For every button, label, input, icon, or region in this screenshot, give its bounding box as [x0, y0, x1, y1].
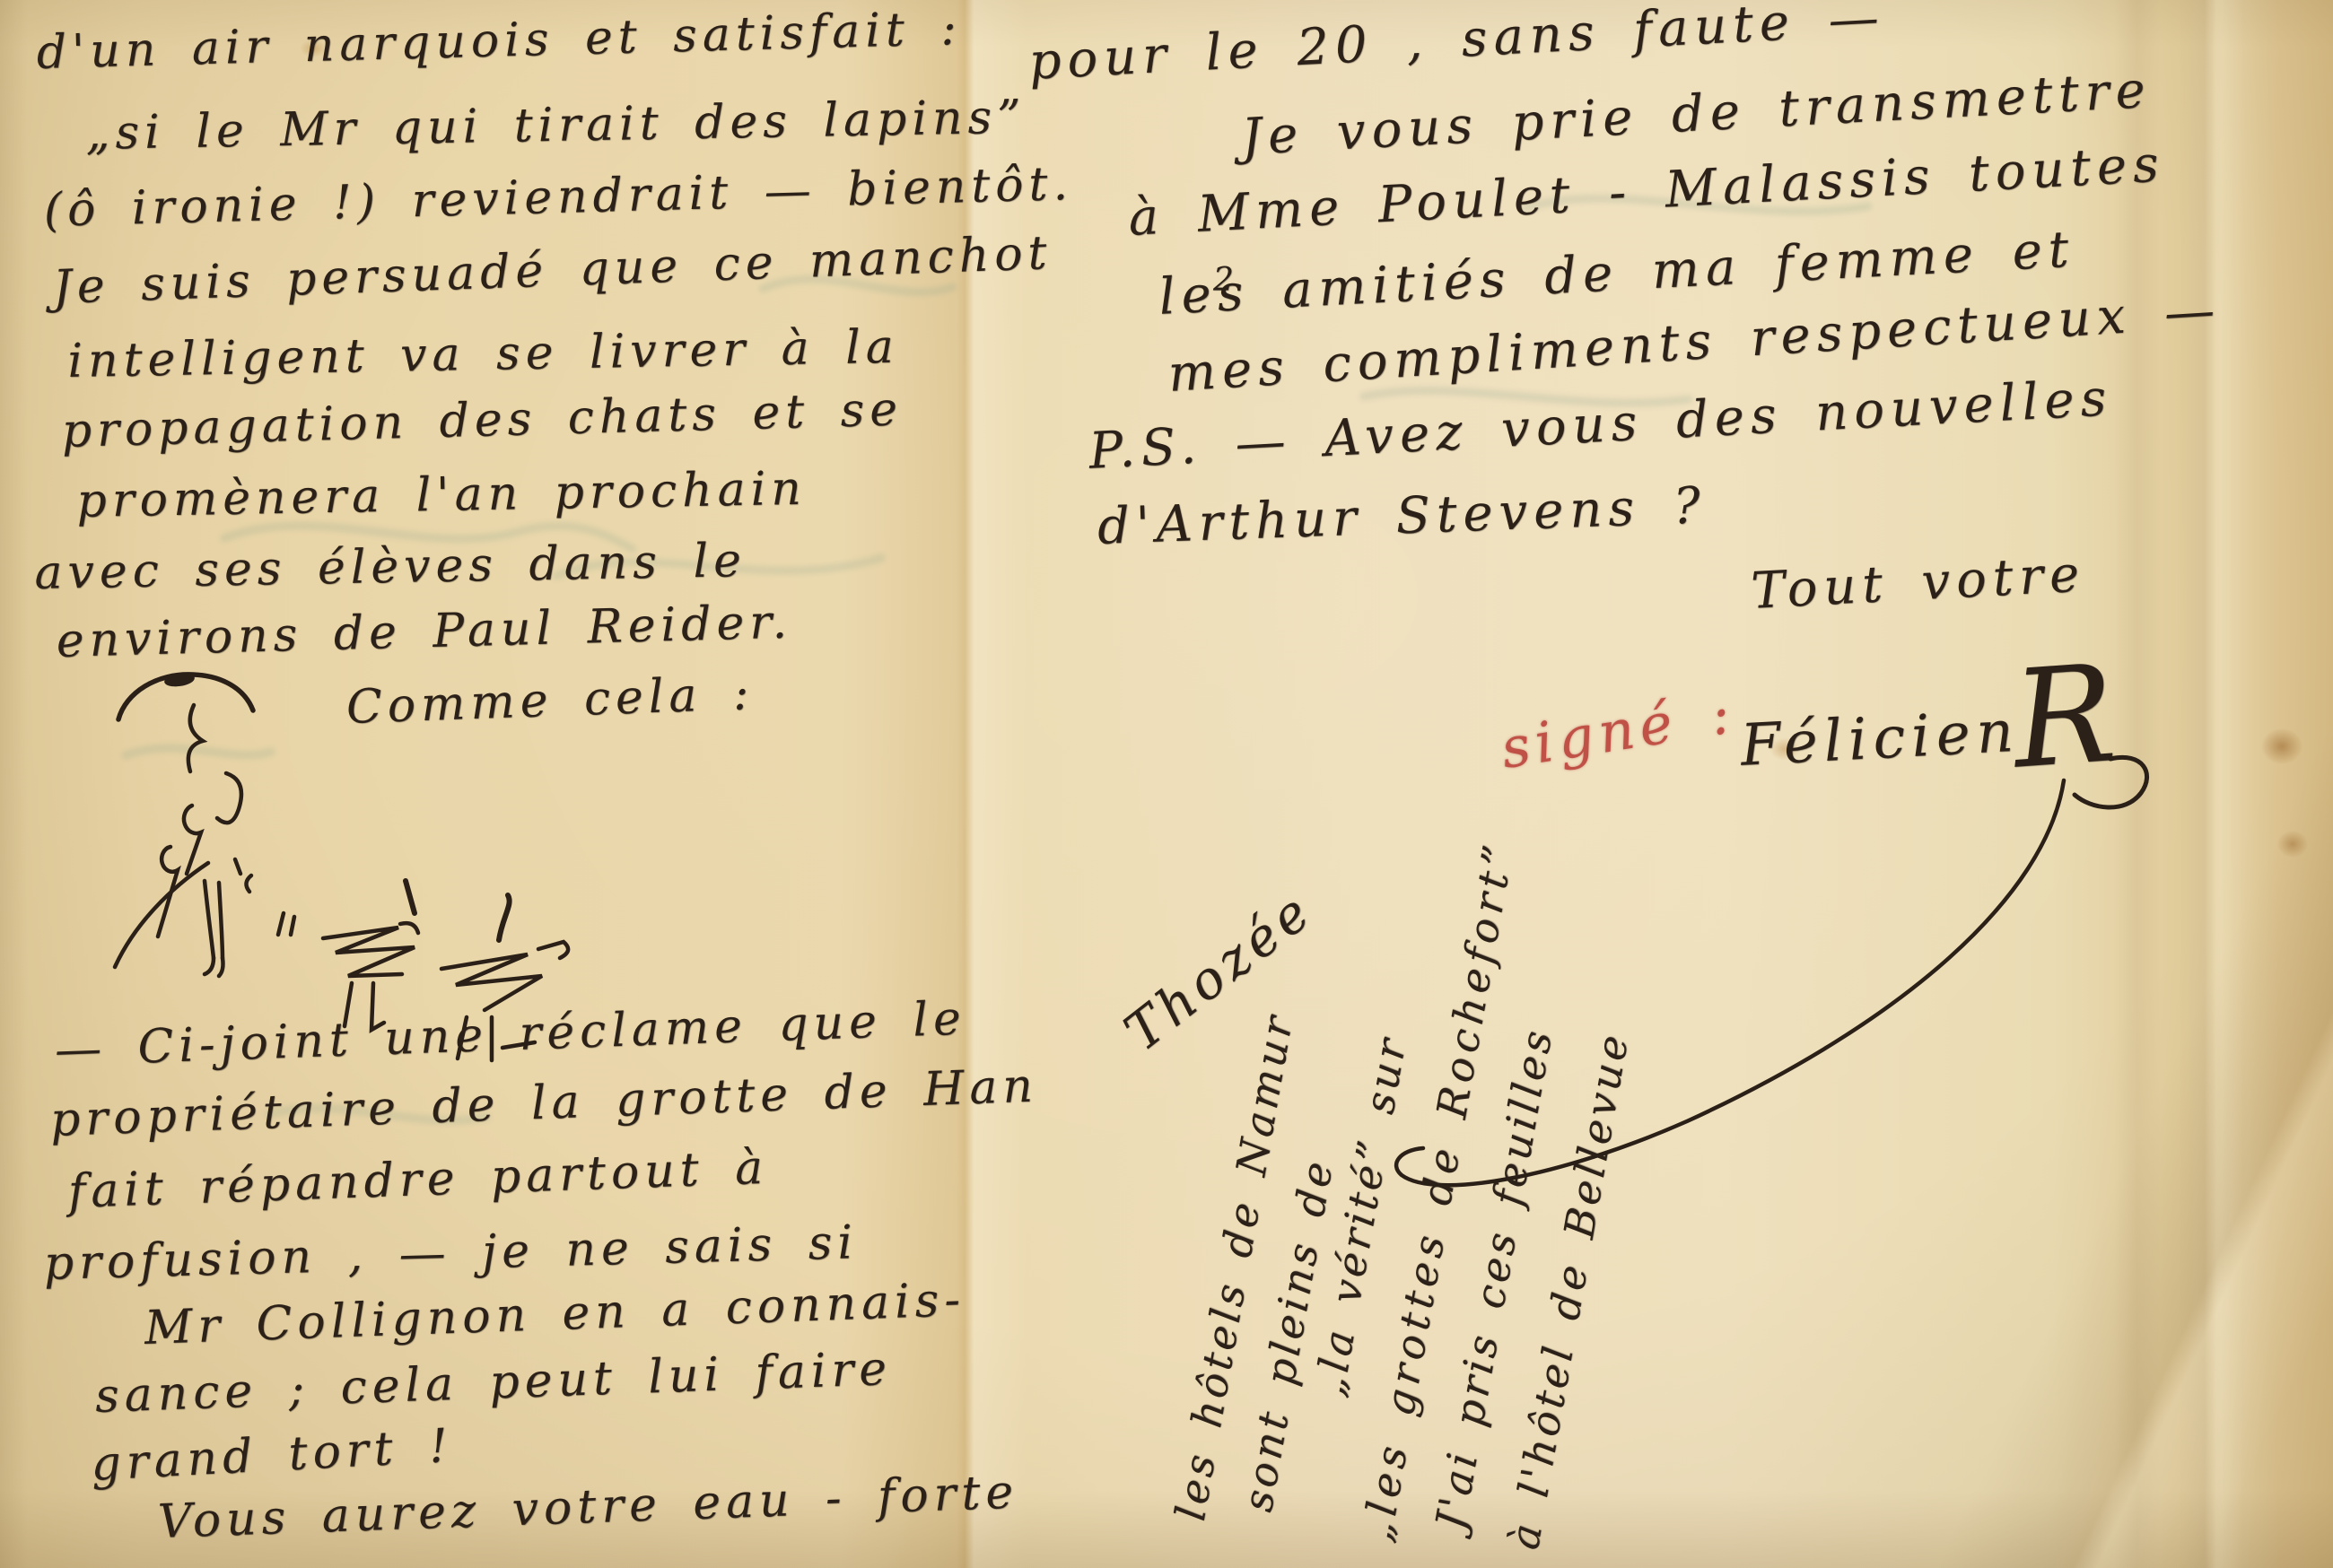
signature-initial-monogram: R: [2008, 637, 2120, 798]
letter-scan: d'un air narquois et satisfait : „si le …: [0, 0, 2333, 1568]
